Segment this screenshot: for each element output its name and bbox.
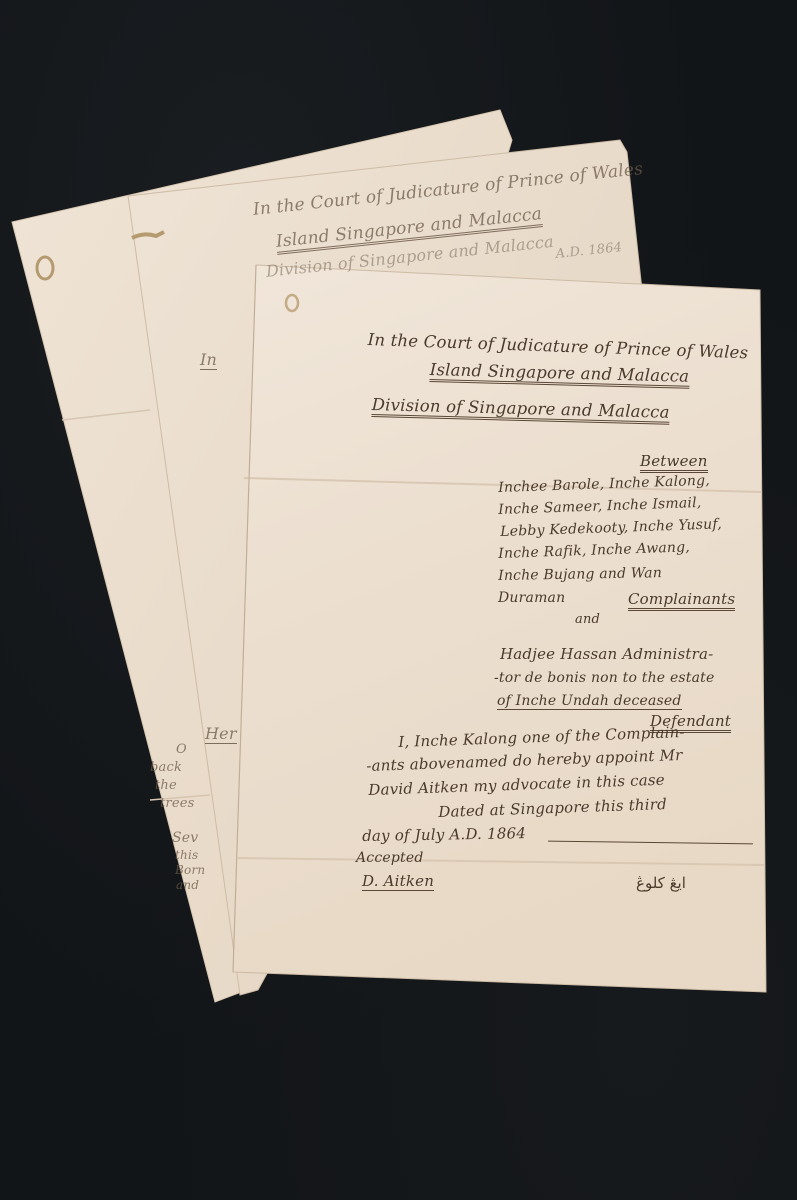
front-sheet xyxy=(233,265,766,992)
paper-sheets xyxy=(0,0,797,1200)
document-photo: In the Court of Judicature of Prince of … xyxy=(0,0,797,1200)
